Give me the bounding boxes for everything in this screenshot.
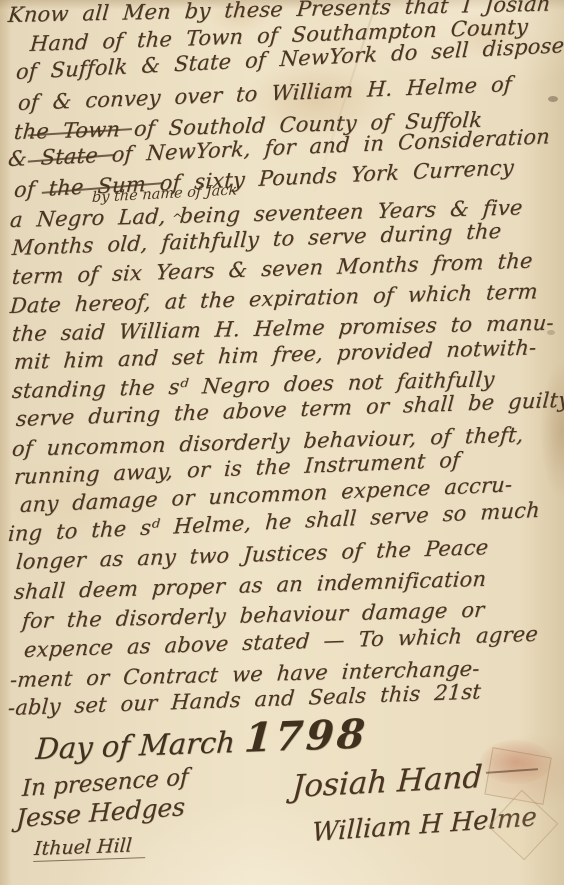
wafer-seal <box>478 742 564 878</box>
date-prefix: Day of March <box>35 725 246 766</box>
date-line: Day of March 1798 <box>35 714 369 766</box>
caret-mark: ^ <box>172 213 183 226</box>
manuscript-line: longer as any two Justices of the Peace <box>15 537 489 573</box>
manuscript-line: shall deem proper as an indemnification <box>13 569 487 603</box>
witness-signature: Ithuel Hill <box>33 836 146 862</box>
manuscript-page: Know all Men by these Presents that I Jo… <box>0 0 564 885</box>
date-year: 1798 <box>243 710 370 761</box>
party-signature: Josiah Hand <box>291 762 483 803</box>
ink-smudge <box>548 96 558 102</box>
seal-diamond <box>488 790 559 861</box>
